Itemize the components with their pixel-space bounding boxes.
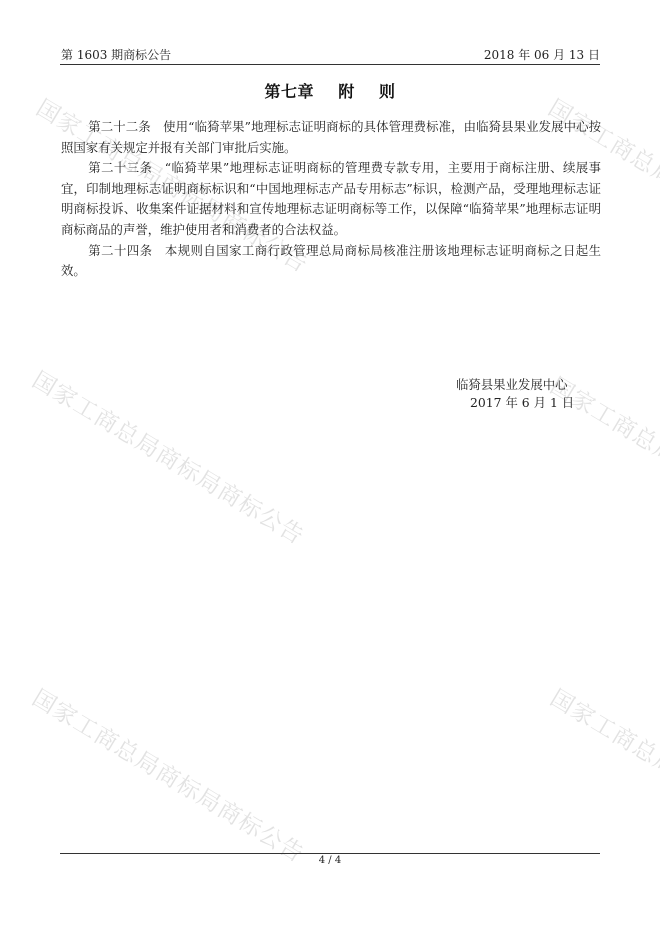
document-body: 第二十二条使用“临猗苹果”地理标志证明商标的具体管理费标准，由临猗县果业发展中心…	[61, 117, 601, 282]
watermark: 国家工商总局商标局商标公告	[27, 680, 311, 869]
header-divider	[60, 64, 600, 65]
signing-organization: 临猗县果业发展中心	[456, 376, 586, 394]
article-paragraph: 第二十四条本规则自国家工商行政管理总局商标局核准注册该地理标志证明商标之日起生效…	[61, 241, 601, 282]
article-label: 第二十四条	[88, 243, 152, 258]
article-paragraph: 第二十三条“临猗苹果”地理标志证明商标的管理费专款专用，主要用于商标注册、续展事…	[61, 158, 601, 240]
issue-date: 2018 年 06 月 13 日	[484, 46, 600, 63]
watermark: 国家工商总局商标局商标公告	[545, 680, 660, 869]
document-page: 国家工商总局商标局商标公告 国家工商总局商标局商标公告 国家工商总局商标局商标公…	[0, 0, 660, 933]
chapter-title: 第七章 附 则	[0, 79, 660, 102]
page-header: 第 1603 期商标公告 2018 年 06 月 13 日	[61, 44, 600, 64]
article-label: 第二十三条	[88, 160, 152, 175]
signing-date: 2017 年 6 月 1 日	[456, 394, 586, 412]
signature-block: 临猗县果业发展中心 2017 年 6 月 1 日	[456, 376, 586, 412]
page-number: 4 / 4	[0, 855, 660, 866]
article-label: 第二十二条	[88, 119, 151, 134]
issue-label: 第 1603 期商标公告	[61, 46, 171, 63]
footer-divider	[60, 853, 600, 854]
article-paragraph: 第二十二条使用“临猗苹果”地理标志证明商标的具体管理费标准，由临猗县果业发展中心…	[61, 117, 601, 158]
watermark: 国家工商总局商标局商标公告	[27, 362, 311, 551]
